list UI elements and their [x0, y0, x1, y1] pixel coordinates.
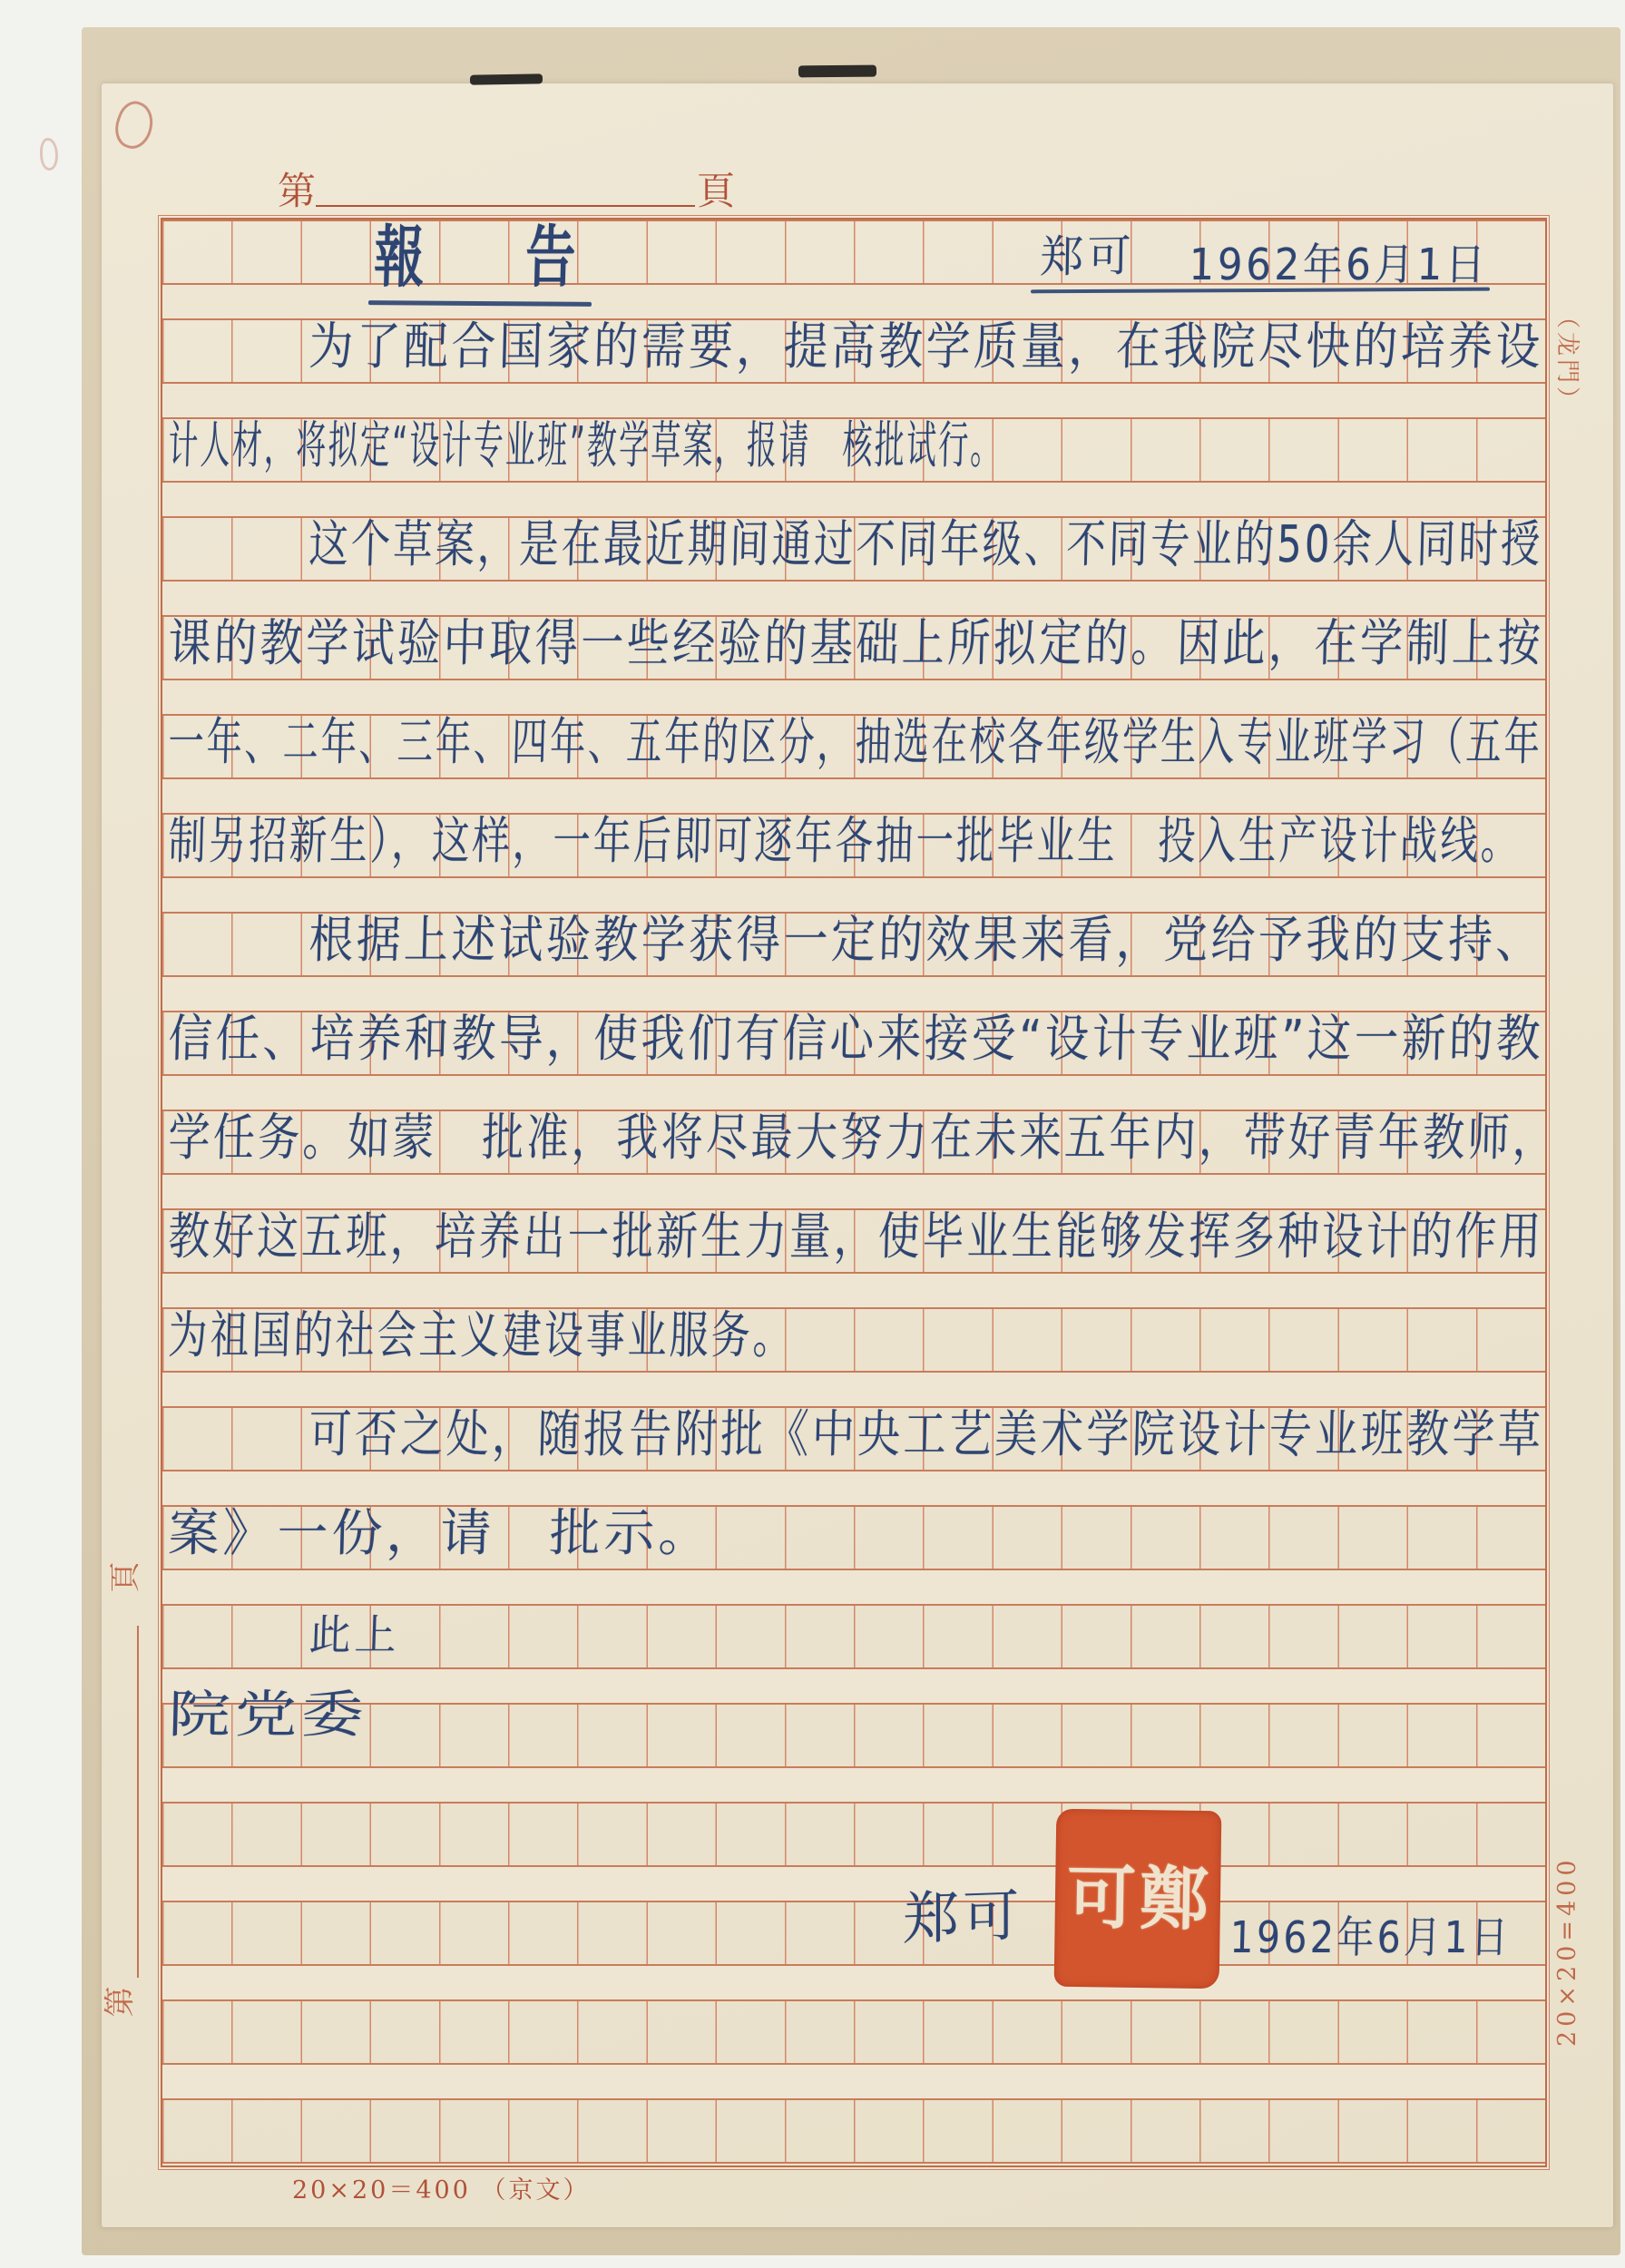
page-number-prefix: 第	[278, 161, 316, 216]
signature-date: 1962年6月1日	[1229, 1896, 1511, 1980]
stationery-spec: 20×20=400	[1553, 1856, 1581, 2048]
report-title: 報 告	[374, 214, 601, 298]
seal-glyph: 可	[1066, 1863, 1136, 1933]
body-line: 为了配合国家的需要，提高教学质量，在我院尽快的培养设	[308, 306, 1542, 389]
ink-smudge	[40, 138, 58, 171]
body-line: 根据上述试验教学获得一定的效果来看，党给予我的支持、	[308, 899, 1542, 982]
name-seal: 鄭 可	[1054, 1809, 1222, 1989]
closing-phrase: 此上	[308, 1593, 417, 1677]
body-line: 学任务。如蒙 批准，我将尽最大努力在未来五年内，带好青年教师，	[168, 1097, 1556, 1180]
body-line: 课的教学试验中取得一些经验的基础上所拟定的。因此，在学制上按	[168, 602, 1542, 686]
body-line: 信任、培养和教导，使我们有信心来接受“设计专业班”这一新的教	[168, 998, 1542, 1081]
body-line: 可否之处，随报告附批《中央工艺美术学院设计专业班教学草	[308, 1393, 1542, 1477]
left-margin-ye: 頁	[101, 1562, 145, 1593]
body-line: 案》一份，请 批示。	[168, 1492, 712, 1576]
scanned-report-page: 第 頁 報 告 郑可 1962年6月1日 为了配合国家的需要，提高教学质量，在我…	[0, 0, 1625, 2268]
body-line: 一年、二年、三年、四年、五年的区分，抽选在校各年级学生入专业班学习（五年	[168, 701, 1542, 785]
tape-mark-right	[798, 65, 876, 78]
page-number-suffix: 頁	[697, 161, 735, 216]
page-number-blank-line	[316, 205, 695, 207]
byline-name: 郑可	[1040, 216, 1176, 299]
tape-mark-left	[470, 73, 543, 84]
left-margin-di: 第	[95, 1987, 140, 2018]
signature-name: 郑可	[903, 1878, 1075, 1961]
addressee: 院党委	[168, 1674, 367, 1757]
stationery-brand: （龙門）	[1552, 305, 1586, 414]
body-line: 这个草案，是在最近期间通过不同年级、不同专业的50余人同时授	[308, 503, 1542, 587]
seal-glyph: 鄭	[1139, 1864, 1209, 1934]
body-line: 为祖国的社会主义建设事业服务。	[168, 1295, 794, 1378]
body-line: 教好这五班，培养出一批新生力量，使毕业生能够发挥多种设计的作用	[168, 1196, 1542, 1279]
body-line: 制另招新生），这样，一年后即可逐年各抽一批毕业生 投入生产设计战线。	[168, 800, 1520, 884]
stationery-footer: 20×20＝400 （京文）	[292, 2170, 590, 2205]
byline-date: 1962年6月1日	[1189, 223, 1488, 307]
left-margin-line	[137, 1626, 139, 1978]
body-line: 计人材，将拟定“设计专业班”教学草案，报请 核批试行。	[168, 405, 1003, 488]
